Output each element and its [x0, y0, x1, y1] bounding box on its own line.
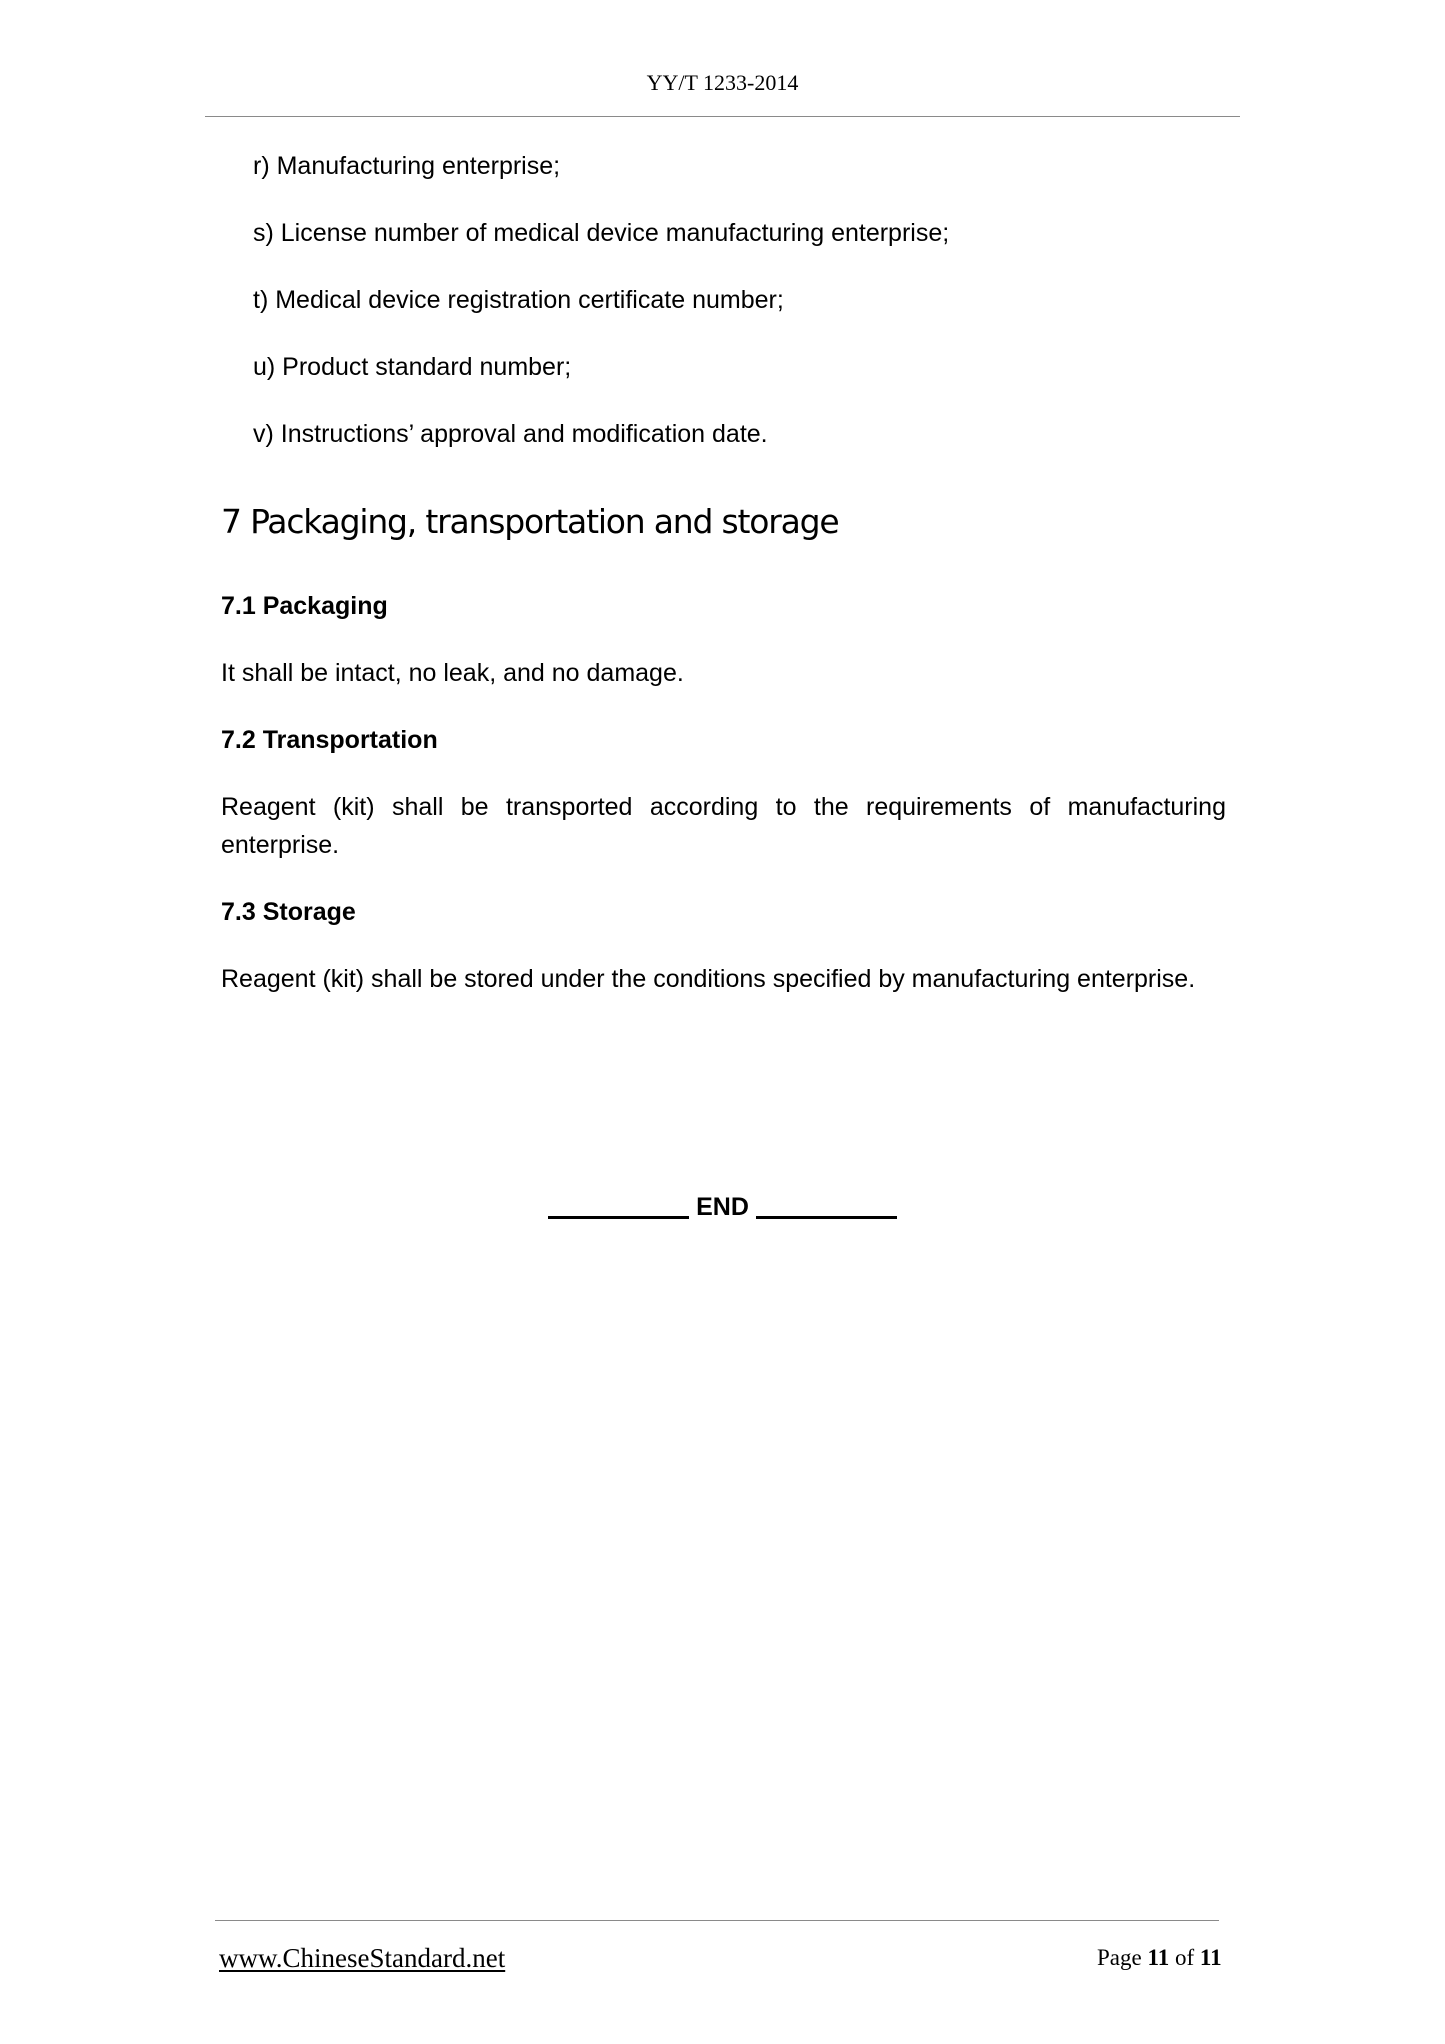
list-item-v: v) Instructions’ approval and modificati… — [253, 419, 768, 449]
total-pages: 11 — [1200, 1945, 1222, 1970]
end-text: END — [696, 1192, 749, 1222]
section-heading: 7 Packaging, transportation and storage — [221, 502, 839, 542]
subsection-heading-packaging: 7.1 Packaging — [221, 591, 388, 621]
subsection-heading-storage: 7.3 Storage — [221, 897, 356, 927]
footer-page-number: Page 11 of 11 — [1097, 1944, 1222, 1972]
end-line-left — [548, 1216, 689, 1219]
header-rule — [205, 116, 1240, 117]
subsection-body-storage: Reagent (kit) shall be stored under the … — [221, 961, 1226, 999]
subsection-heading-transportation: 7.2 Transportation — [221, 725, 438, 755]
header-doc-code: YY/T 1233-2014 — [0, 70, 1445, 96]
footer-website-link[interactable]: www.ChineseStandard.net — [219, 1942, 505, 1974]
subsection-body-packaging: It shall be intact, no leak, and no dama… — [221, 655, 1226, 693]
list-item-t: t) Medical device registration certifica… — [253, 285, 784, 315]
current-page: 11 — [1147, 1945, 1169, 1970]
subsection-body-transportation: Reagent (kit) shall be transported accor… — [221, 789, 1226, 864]
list-item-u: u) Product standard number; — [253, 352, 571, 382]
end-line-right — [756, 1216, 897, 1219]
footer-rule — [215, 1920, 1219, 1921]
page-label: Page — [1097, 1945, 1142, 1970]
list-item-r: r) Manufacturing enterprise; — [253, 151, 560, 181]
of-label: of — [1175, 1945, 1194, 1970]
end-marker: END — [0, 1192, 1445, 1222]
list-item-s: s) License number of medical device manu… — [253, 218, 949, 248]
